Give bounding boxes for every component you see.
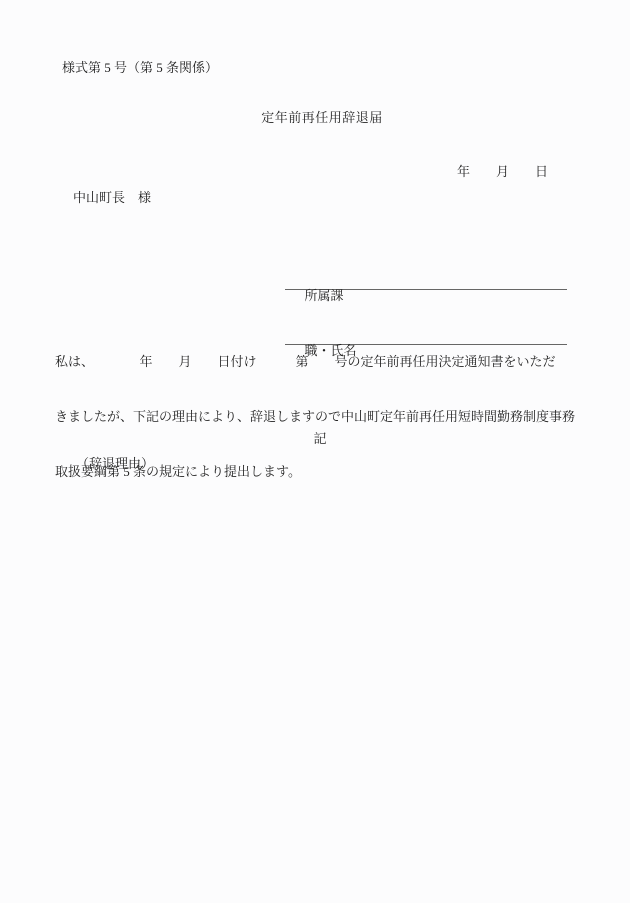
record-marker: 記: [313, 432, 326, 447]
declination-reason-label: （辞退理由）: [76, 457, 154, 472]
body-paragraph: 私は、 年 月 日付け 第 号の定年前再任用決定通知書をいただ きましたが、下記…: [55, 319, 589, 514]
department-field-label: 所属課: [305, 288, 344, 303]
document-title: 定年前再任用辞退届: [261, 111, 383, 126]
date-blank-line: 年 月 日: [457, 165, 548, 180]
document-page: 様式第 5 号（第 5 条関係） 定年前再任用辞退届 年 月 日 中山町長 様 …: [0, 0, 630, 903]
body-line-2: きましたが、下記の理由により、辞退しますので中山町定年前再任用短時間勤務制度事務: [55, 404, 589, 429]
form-number: 様式第 5 号（第 5 条関係）: [62, 61, 218, 76]
body-line-1: 私は、 年 月 日付け 第 号の定年前再任用決定通知書をいただ: [55, 349, 589, 374]
addressee-line: 中山町長 様: [73, 191, 151, 206]
department-field-row: 所属課: [285, 276, 567, 290]
